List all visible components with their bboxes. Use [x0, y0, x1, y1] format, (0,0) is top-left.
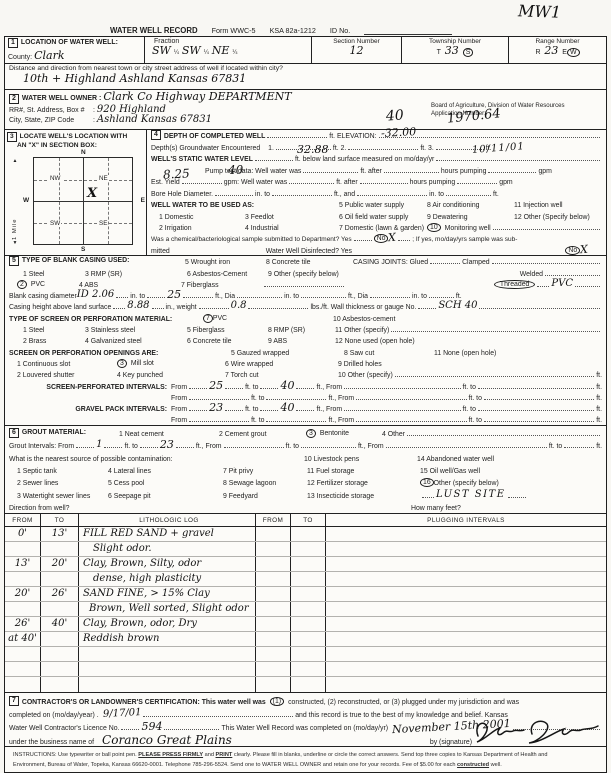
use-option-4: 4 Industrial	[245, 225, 339, 232]
gravel-interval-to: 40	[280, 402, 294, 413]
distance-value: 10th + Highland Ashland Kansas 67831	[23, 73, 602, 84]
screen-other-blank	[391, 325, 600, 332]
yield-blank2	[289, 177, 334, 184]
gw2-blank	[348, 143, 418, 150]
from-label: From	[171, 384, 187, 391]
contam-option-5: 5 Cess pool	[108, 480, 223, 487]
diam-blank1	[116, 291, 128, 298]
wall-blank2	[479, 302, 600, 309]
disinfected-no-circled: No	[565, 246, 580, 255]
range-r: R	[535, 49, 540, 56]
bore-blank4	[446, 189, 491, 196]
height-blank2	[152, 302, 164, 309]
grout-option-3-label: Bentonite	[320, 430, 349, 437]
contamination-question: What is the nearest source of possible c…	[9, 456, 304, 463]
lithologic-row: 13'20'Clay, Brown, Silty, odor	[5, 557, 606, 572]
ft-label: ft.	[493, 191, 499, 198]
contam-option-11: 11 Fuel storage	[307, 468, 420, 475]
business-name-label: under the business name of	[9, 739, 94, 746]
sample-no-circled: No	[374, 234, 389, 243]
gi-blank	[564, 441, 594, 448]
contam-option-9: 9 Feedyard	[223, 493, 307, 500]
gw3-label: ft. 3.	[420, 145, 433, 152]
ft-from-label: ft., From	[316, 384, 342, 391]
section-location: 1LOCATION OF WATER WELL: County: Clark F…	[5, 37, 606, 64]
screen-interval-to: 40	[280, 380, 294, 391]
litho-from	[5, 647, 41, 661]
screen-material-5: 5 Fiberglass	[187, 327, 268, 334]
spi-blank	[296, 382, 314, 389]
screen-material-3: 3 Stainless steel	[85, 327, 187, 334]
diameter-label: Blank casing diameter	[9, 293, 77, 300]
one-mile-scale: ▲ 1 Mile ▼	[12, 158, 18, 246]
owner-value: Clark Co Highway DEPARTMENT	[103, 90, 291, 103]
use-option-6: 6 Oil field water supply	[339, 214, 427, 221]
litho-log: Clay, Brown, Silty, odor	[79, 557, 256, 571]
plug-from	[256, 662, 291, 676]
bore-hole-depth-value: 40	[228, 164, 243, 176]
gpi-blank	[356, 415, 466, 422]
instructions-text: well.	[491, 762, 502, 768]
lithologic-row: 20'26'SAND FINE, > 15% Clay	[5, 587, 606, 602]
in-weight-label: in., weight	[166, 304, 197, 311]
lithologic-row	[5, 662, 606, 677]
gi-blank	[76, 441, 94, 448]
use-option-2: 2 Irrigation	[159, 225, 245, 232]
wall-gauge-value: SCH 40	[438, 301, 477, 311]
quadrant-nw: NW	[49, 175, 62, 182]
gi-blank	[301, 441, 356, 448]
ft-label: ft.	[596, 443, 602, 450]
contam-option-15: 15 Oil well/Gas well	[420, 468, 480, 475]
weight-blank2	[248, 302, 308, 309]
opening-option-3-circled: 3	[117, 359, 127, 368]
lithologic-row: Slight odor.	[5, 542, 606, 557]
compass-east: E	[141, 197, 145, 204]
use-option-10-circled: 10	[427, 223, 441, 232]
lithologic-row	[5, 677, 606, 692]
litho-from	[5, 602, 41, 616]
gpi-blank	[260, 404, 278, 411]
ft-from-label: ft., From	[196, 443, 222, 450]
ft-to-label: ft. to	[286, 443, 299, 450]
bore-label: Bore Hole Diameter.	[151, 191, 213, 198]
wall-label: lbs./ft. Wall thickness or gauge No.	[310, 304, 416, 311]
screen-material-9: 9 ABS	[268, 338, 335, 345]
opening-option-9: 9 Drilled holes	[338, 361, 382, 368]
quadrant-se: SE	[98, 220, 108, 227]
welded-label: Welded	[520, 271, 543, 278]
plug-from	[256, 587, 291, 601]
diam-blank4	[237, 291, 282, 298]
use-option-7: 7 Domestic (lawn & garden)	[339, 225, 427, 232]
casing-option-3: 3 RMP (SR)	[85, 271, 187, 278]
casing-option-2-circled: 2	[17, 280, 27, 289]
bore-blank2	[272, 189, 332, 196]
pump-blank3	[488, 166, 536, 173]
owner-label: WATER WELL OWNER :	[22, 95, 101, 102]
static-water-level-value: 32.88	[297, 144, 329, 155]
casing-option-6: 6 Asbestos-Cement	[187, 271, 268, 278]
litho-log: SAND FINE, > 15% Clay	[79, 587, 256, 601]
contam-other-blank	[508, 491, 526, 498]
hours-label: hours pumping	[441, 168, 487, 175]
casing-other-blank	[264, 280, 344, 287]
yield-blank4	[457, 177, 497, 184]
diagram-center-horizontal	[34, 201, 132, 202]
litho-log: Reddish brown	[79, 632, 256, 646]
monitoring-blank	[493, 223, 600, 230]
contam-option-4: 4 Lateral lines	[108, 468, 223, 475]
location-cell: 1LOCATION OF WATER WELL: County: Clark	[5, 37, 144, 63]
plug-to	[291, 617, 326, 631]
opening-option-11: 11 None (open hole)	[434, 350, 496, 357]
ft-to-label: ft. to	[549, 443, 562, 450]
screen-material-4: 4 Galvanized steel	[85, 338, 187, 345]
gpi-blank	[266, 415, 326, 422]
clamped-blank	[492, 257, 600, 264]
opening-option-5: 5 Gauzed wrapped	[231, 350, 344, 357]
plug-to	[291, 662, 326, 676]
contam-option-16-circled: 16	[420, 478, 434, 487]
screen-material-2: 2 Brass	[23, 338, 85, 345]
gpi-blank	[225, 404, 243, 411]
section-casing: 5TYPE OF BLANK CASING USED:5 Wrought iro…	[5, 256, 606, 426]
opening-other-blank	[395, 370, 594, 377]
litho-to: 26'	[41, 587, 79, 601]
after-label: ft. after	[336, 179, 357, 186]
fraction-cell: Fraction SW¼ SW¼ NE¼	[144, 37, 311, 63]
litho-to	[41, 677, 79, 692]
litho-from	[5, 572, 41, 586]
city-value: Ashland Kansas 67831	[97, 114, 212, 125]
litho-to	[41, 647, 79, 661]
diam-blank3	[183, 291, 213, 298]
gpm-label: gpm	[499, 179, 512, 186]
litho-log: dense, high plasticity	[79, 572, 256, 586]
threaded-blank2	[575, 280, 600, 287]
plug-from	[256, 677, 291, 692]
plug-from	[256, 647, 291, 661]
press-firmly-underlined: PLEASE PRESS FIRMLY	[138, 752, 203, 758]
ft-label: ft.	[596, 417, 602, 424]
disinfected-label: Water Well Disinfected? Yes	[266, 248, 352, 255]
form-number: Form WWC-5	[212, 26, 256, 35]
litho-from	[5, 662, 41, 676]
plug-to	[291, 632, 326, 646]
casing-height-value: 8.88	[127, 301, 149, 311]
distance-row: Distance and direction from nearest town…	[5, 64, 606, 90]
groundwater-depth-value: -32.00	[381, 126, 417, 139]
section-locate-box: 3LOCATE WELL'S LOCATION WITH AN "X" IN S…	[5, 130, 147, 255]
use-option-1: 1 Domestic	[159, 214, 245, 221]
ft-from-label: ft., From	[328, 417, 354, 424]
diagram-dashed-line	[108, 158, 109, 244]
lithologic-table: FROM TO LITHOLOGIC LOG FROM TO PLUGGING …	[5, 514, 606, 693]
ft-to-label: ft. to	[245, 384, 258, 391]
static-after-label: ft. below land surface measured on mo/da…	[295, 156, 434, 163]
bore-blank1	[215, 189, 253, 196]
litho-log: Clay, Brown, odor, Dry	[79, 617, 256, 631]
compass-north: N	[81, 149, 86, 156]
section-certification: 7CONTRACTOR'S OR LANDOWNER'S CERTIFICATI…	[5, 693, 606, 747]
use-option-3: 3 Feedlot	[245, 214, 339, 221]
gi-blank	[140, 441, 158, 448]
grout-intervals-label: Grout Intervals: From	[9, 443, 74, 450]
range-w-circled: W	[567, 48, 580, 57]
licence-label: Water Well Contractor's Licence No.	[9, 725, 119, 732]
contam-option-7: 7 Pit privy	[223, 468, 307, 475]
opening-option-1: 1 Continuous slot	[17, 361, 117, 368]
casing-title: TYPE OF BLANK CASING USED:	[22, 257, 130, 264]
height-blank1	[113, 302, 125, 309]
use-option-12: 12 Other (Specify below)	[514, 214, 590, 221]
completed-on-label: completed on (mo/day/year) .	[9, 712, 99, 719]
direction-label: Direction from well?	[9, 505, 411, 512]
ft-label: ft.	[596, 406, 602, 413]
ft-to-label: ft. to	[463, 406, 476, 413]
diameter-value: ID 2.06	[77, 290, 114, 300]
weight-blank1	[199, 302, 229, 309]
screen-material-11: 11 Other (specify)	[335, 327, 389, 334]
litho-to	[41, 602, 79, 616]
plug-interval	[326, 572, 606, 586]
ft-to-label: ft. to	[463, 384, 476, 391]
casing-height-label: Casing height above land surface	[9, 304, 111, 311]
locate-title-2: AN "X" IN SECTION BOX:	[7, 142, 144, 149]
ksa-statute: KSA 82a-1212	[270, 26, 316, 35]
grout-title: GROUT MATERIAL:	[22, 429, 86, 436]
screen-material-8: 8 RMP (SR)	[268, 327, 335, 334]
plug-interval	[326, 617, 606, 631]
plug-interval	[326, 647, 606, 661]
litho-log: FILL RED SAND + gravel	[79, 527, 256, 541]
gravel-interval-from: 23	[209, 402, 223, 413]
locate-title-1: LOCATE WELL'S LOCATION WITH	[20, 133, 128, 140]
ft-label: ft.	[456, 293, 462, 300]
ft-from-label: ft., From	[328, 395, 354, 402]
litho-to	[41, 572, 79, 586]
contractor-signature-scrawl	[470, 716, 602, 746]
in-to-label: in. to	[130, 293, 145, 300]
spi-blank	[484, 393, 594, 400]
in-to-label: in. to	[412, 293, 427, 300]
opening-option-2: 2 Louvered shutter	[17, 372, 117, 379]
plug-to	[291, 647, 326, 661]
to-column-header: TO	[291, 514, 326, 526]
spi-blank	[189, 393, 249, 400]
grout-interval-to: 23	[160, 439, 174, 450]
board-line1: Board of Agriculture, Division of Water …	[431, 102, 603, 110]
contam-option-3: 3 Watertight sewer lines	[17, 493, 108, 500]
arrow-down-icon: ▼	[13, 240, 18, 246]
business-name-value: Coranco Great Plains	[102, 734, 232, 746]
compass-west: W	[23, 197, 29, 204]
to-column-header: TO	[41, 514, 79, 526]
gravel-pack-label: GRAVEL PACK INTERVALS:	[9, 406, 171, 413]
sample-question: Was a chemical/bacteriological sample su…	[151, 236, 352, 243]
grout-interval-from: 1	[96, 440, 102, 450]
quarter-mark: ¼	[232, 50, 237, 56]
lithologic-header-row: FROM TO LITHOLOGIC LOG FROM TO PLUGGING …	[5, 514, 606, 527]
litho-from: 13'	[5, 557, 41, 571]
litho-log	[79, 647, 256, 661]
casing-option-5: 5 Wrought iron	[185, 259, 266, 266]
plug-interval	[326, 662, 606, 676]
bore-hole-diameter-value: 8.25	[163, 167, 190, 180]
section-grout: 6GROUT MATERIAL:1 Neat cement2 Cement gr…	[5, 426, 606, 514]
lithologic-row	[5, 647, 606, 662]
casing-option-8: 8 Concrete tile	[266, 259, 353, 266]
spi-blank	[189, 382, 207, 389]
section4-number: 4	[151, 130, 161, 140]
plug-interval	[326, 602, 606, 616]
ft-to-label: ft. to	[124, 443, 137, 450]
opening-option-8: 8 Saw cut	[344, 350, 434, 357]
gpi-blank	[484, 415, 594, 422]
by-signature-label: by (signature)	[430, 739, 472, 746]
in-to-label: in. to	[429, 191, 444, 198]
use-option-5: 5 Public water supply	[339, 202, 427, 209]
ft-to-label: ft. to	[251, 417, 264, 424]
clamped-label: Clamped	[462, 259, 490, 266]
litho-from	[5, 542, 41, 556]
litho-to: 40'	[41, 617, 79, 631]
grout-other-blank	[407, 429, 600, 436]
gi-blank	[104, 441, 122, 448]
grout-option-4: 4 Other	[382, 431, 405, 438]
plug-interval	[326, 542, 606, 556]
pump-blank1	[303, 166, 358, 173]
pump-test-label: Pump test data: Well water was	[205, 168, 301, 175]
spi-blank	[344, 382, 460, 389]
casing-option-9: 9 Other (specify below)	[268, 271, 355, 278]
litho-to	[41, 632, 79, 646]
form-header: WATER WELL RECORD Form WWC-5 KSA 82a-121…	[110, 26, 452, 35]
township-t: T	[437, 49, 441, 56]
gpi-blank	[344, 404, 460, 411]
distance-label: Distance and direction from nearest town…	[9, 65, 602, 72]
in-to-label: in. to	[255, 191, 270, 198]
yield-blank3	[360, 177, 408, 184]
city-label: City, State, ZIP Code	[9, 117, 93, 124]
litho-from: 26'	[5, 617, 41, 631]
spi-blank	[356, 393, 466, 400]
threaded-circled: Threaded	[494, 280, 536, 289]
sample-no-x-mark: X	[388, 232, 397, 244]
colon: :	[93, 107, 95, 114]
gi-blank	[224, 441, 284, 448]
weight-value: 0.8	[231, 301, 247, 311]
screen-intervals-label: SCREEN-PERFORATED INTERVALS:	[9, 384, 171, 391]
gpm-label: gpm	[538, 168, 551, 175]
well-location-x-mark: X	[87, 187, 97, 200]
water-well-record-scan: MW1 WATER WELL RECORD Form WWC-5 KSA 82a…	[0, 0, 611, 773]
litho-to	[41, 662, 79, 676]
contam-option-14: 14 Abandoned water well	[417, 456, 494, 463]
section5-number: 5	[9, 256, 19, 266]
section-diagram: NW NE SW SE N S W E ▲ 1 Mile ▼ X	[33, 157, 133, 245]
from-column-header: FROM	[5, 514, 41, 526]
hours-label: hours pumping	[410, 179, 456, 186]
gpi-blank	[189, 404, 207, 411]
ft-to-label: ft. to	[469, 395, 482, 402]
plug-interval	[326, 557, 606, 571]
plug-from	[256, 527, 291, 541]
depth-blank	[267, 131, 327, 138]
sample-yes-blank	[354, 234, 372, 241]
threaded-blank1	[537, 280, 549, 287]
diam-blank7	[429, 291, 454, 298]
plug-to	[291, 602, 326, 616]
section1-number: 1	[8, 38, 18, 48]
ft-to-label: ft. to	[245, 406, 258, 413]
wall-blank1	[418, 302, 436, 309]
spi-blank	[225, 382, 243, 389]
litho-log: Slight odor.	[79, 542, 256, 556]
plug-to	[291, 527, 326, 541]
litho-from: at 40'	[5, 632, 41, 646]
litho-log	[79, 662, 256, 676]
gi-blank	[386, 441, 547, 448]
grout-option-3-circled: 3	[306, 429, 316, 438]
section2-number: 2	[9, 94, 19, 104]
lithologic-row: at 40'Reddish brown	[5, 632, 606, 647]
location-title: LOCATION OF WATER WELL:	[21, 39, 118, 46]
plug-interval	[326, 587, 606, 601]
id-number-blank	[364, 28, 452, 35]
well-id-annotation: MW1	[518, 3, 562, 20]
township-cell: Township Number T 33 S	[401, 37, 508, 63]
sample-mitted: mitted	[151, 248, 170, 255]
litho-log: Brown, Well sorted, Slight odor	[79, 602, 256, 616]
from-label: From	[171, 395, 187, 402]
contam-option-13: 13 Insecticide storage	[307, 493, 420, 500]
use-title: WELL WATER TO BE USED AS:	[151, 202, 339, 209]
section7-number: 7	[9, 696, 19, 706]
spi-blank	[266, 393, 326, 400]
plug-from	[256, 542, 291, 556]
bore-and-label: ft., and	[334, 191, 355, 198]
glued-blank	[430, 257, 460, 264]
from-column-header: FROM	[256, 514, 291, 526]
from-label: From	[171, 417, 187, 424]
groundwater-label: Depth(s) Groundwater Encountered	[151, 145, 260, 152]
address-label: RR#, St. Address, Box #	[9, 107, 93, 114]
plug-from	[256, 632, 291, 646]
ft-label: ft.	[596, 384, 602, 391]
print-underlined: PRINT	[216, 752, 233, 758]
contam-option-2: 2 Sewer lines	[17, 480, 108, 487]
casing-option-7: 7 Fiberglass	[181, 282, 262, 289]
plug-to	[291, 572, 326, 586]
ft-to-label: ft. to	[251, 395, 264, 402]
sample-question-tail: ; If yes, mo/day/yrs sample was sub-	[412, 236, 517, 243]
lithologic-log-header: LITHOLOGIC LOG	[79, 514, 256, 526]
diameter-to-value: 25	[167, 289, 181, 300]
welded-blank	[545, 269, 600, 276]
instructions-footer: INSTRUCTIONS: Use typewriter or ball poi…	[5, 747, 606, 772]
gpi-blank	[296, 404, 314, 411]
diam-blank2	[147, 291, 165, 298]
lithologic-row: Brown, Well sorted, Slight odor	[5, 602, 606, 617]
county-label: County:	[8, 54, 32, 61]
instructions-text: and	[205, 752, 214, 758]
litho-log	[79, 677, 256, 692]
litho-from	[5, 677, 41, 692]
section-owner: 2WATER WELL OWNER : Clark Co Highway DEP…	[5, 90, 606, 130]
contamination-source-value: LUST SITE	[436, 490, 506, 500]
